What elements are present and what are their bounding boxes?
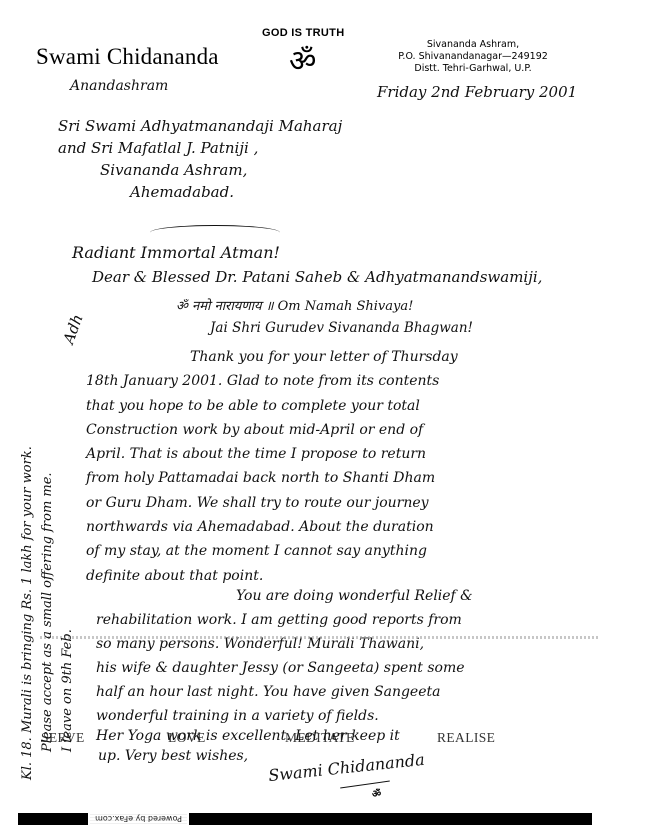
body-line: from holy Pattamadai back north to Shant…	[86, 466, 606, 490]
invocation-line: ॐ नमो नारायणाय ॥ Om Namah Shivaya!	[176, 296, 413, 314]
body-line: wonderful training in a variety of field…	[96, 704, 616, 728]
body-line: rehabilitation work. I am getting good r…	[96, 608, 616, 632]
fax-banner-bar-left	[18, 813, 88, 825]
addressee-block: Sri Swami Adhyatmanandaji Maharaj and Sr…	[58, 115, 342, 203]
margin-note-line: Kl. 18. Murali is bringing Rs. 1 lakh fo…	[18, 446, 38, 780]
closing-line: up. Very best wishes,	[98, 748, 248, 764]
margin-note-line: I leave on 9th Feb.	[58, 446, 78, 780]
salutation-line: Dear & Blessed Dr. Patani Saheb & Adhyat…	[92, 268, 542, 286]
body-line: or Guru Dham. We shall try to route our …	[86, 491, 606, 515]
letterhead-motto: GOD IS TRUTH	[262, 27, 344, 39]
body-line: You are doing wonderful Relief &	[96, 584, 616, 608]
footer-motto-realise: REALISE	[437, 730, 495, 746]
body-line: Thank you for your letter of Thursday	[86, 345, 606, 369]
addressee-line: and Sri Mafatlal J. Patniji ,	[58, 137, 342, 159]
margin-initials: Adh	[59, 312, 86, 346]
letter-date: Friday 2nd February 2001	[377, 83, 577, 101]
addressee-line: Sivananda Ashram,	[58, 159, 342, 181]
invocation-line: Jai Shri Gurudev Sivananda Bhagwan!	[210, 320, 473, 336]
scan-noise-line	[40, 636, 600, 639]
letterhead-address: Sivananda Ashram, P.O. Shivanandanagar—2…	[388, 39, 558, 75]
body-line: his wife & daughter Jessy (or Sangeeta) …	[96, 656, 616, 680]
letter-paragraph-2: You are doing wonderful Relief & rehabil…	[96, 584, 616, 728]
addressee-line: Ahemadabad.	[58, 181, 342, 203]
decorative-underline	[150, 225, 280, 240]
address-line: Sivananda Ashram,	[388, 39, 558, 51]
fax-banner-bar-right	[189, 813, 592, 825]
fax-banner-label: Powered by eFax.com	[90, 812, 187, 825]
margin-note-line: Please accept as a small offering from m…	[38, 446, 58, 780]
margin-note: Kl. 18. Murali is bringing Rs. 1 lakh fo…	[18, 446, 78, 780]
address-line: P.O. Shivanandanagar—249192	[388, 51, 558, 63]
body-line: that you hope to be able to complete you…	[86, 394, 606, 418]
body-line: of my stay, at the moment I cannot say a…	[86, 539, 606, 563]
body-line: half an hour last night. You have given …	[96, 680, 616, 704]
signature: Swami Chidananda	[267, 750, 425, 785]
address-line: Distt. Tehri-Garhwal, U.P.	[388, 63, 558, 75]
letter-paragraph-1: Thank you for your letter of Thursday 18…	[86, 345, 606, 588]
salutation-line: Radiant Immortal Atman!	[72, 243, 280, 262]
body-line: April. That is about the time I propose …	[86, 442, 606, 466]
signature-om-mark-icon: ॐ	[372, 786, 381, 800]
signature-underline	[340, 781, 390, 789]
body-line: Construction work by about mid-April or …	[86, 418, 606, 442]
body-line: Her Yoga work is excellent. Let her keep…	[96, 728, 400, 744]
addressee-line: Sri Swami Adhyatmanandaji Maharaj	[58, 115, 342, 137]
om-symbol-icon: ॐ	[289, 45, 316, 79]
body-line: northwards via Ahemadabad. About the dur…	[86, 515, 606, 539]
letter-place: Anandashram	[70, 78, 168, 94]
body-line: 18th January 2001. Glad to note from its…	[86, 369, 606, 393]
letterhead-name: Swami Chidananda	[36, 44, 219, 70]
